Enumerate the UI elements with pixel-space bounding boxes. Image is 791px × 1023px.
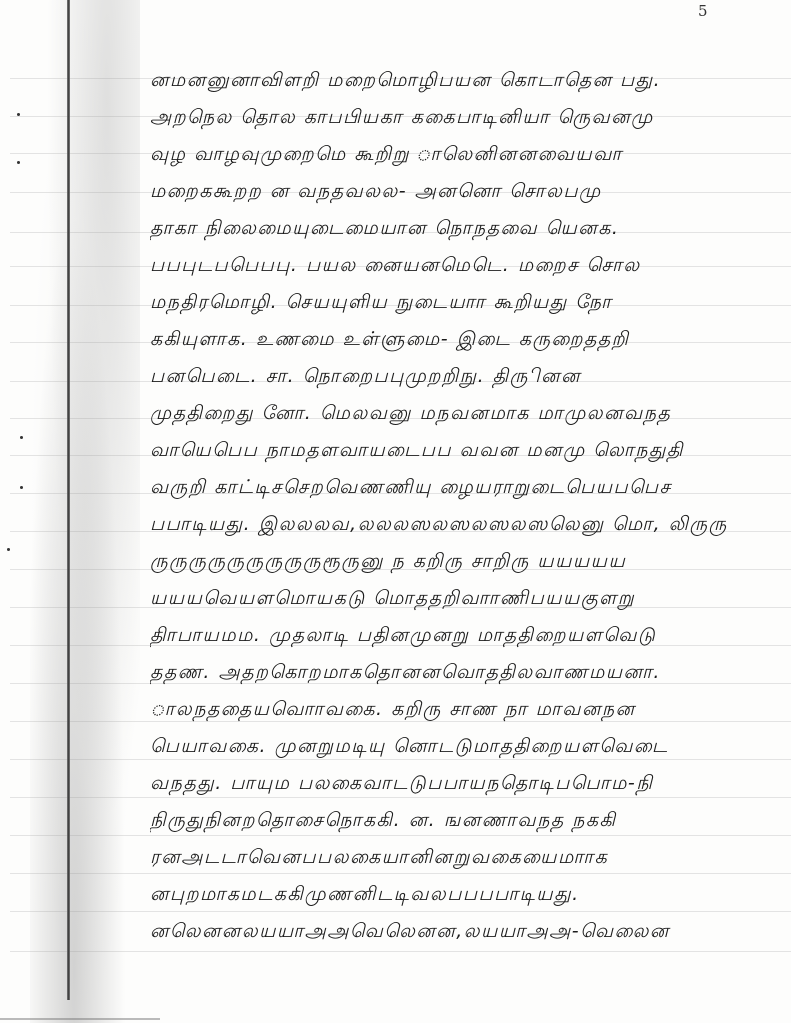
text-line: ததண. அதறகொறமாகதொனனவொததிலவாணமயனா. (150, 654, 785, 691)
margin-dot (17, 161, 20, 164)
text-line: யயயவெயளமொயகடு மொததறிவாாணிபயயகுளறு (150, 580, 785, 617)
text-line: வருறி காட்டிசசெறவெணணியு ழையராறுடைபெயபபெச (150, 469, 785, 506)
text-line: ரனஅடடாவெனபபலகையானினறுவகையைமாாக (150, 839, 785, 876)
text-line: வநதது. பாயும பலகைவாடடுபபாயநதொடிபபொம-நி (150, 765, 785, 802)
text-line: நிருதுநினறதொசைநொககி. ன. ஙனணாவநத நககி (150, 802, 785, 839)
text-line: முததிறைது னோ. மெலவனு மநவனமாக மாமுலனவநத (150, 395, 785, 432)
text-line: அறநெல தொல காபபியகா ககைபாடினியா ருெவனமு (150, 99, 785, 136)
text-line: ாலநததையவொாவகை. கறிரு சாண நா மாவனநன (150, 691, 785, 728)
margin-dot (17, 113, 20, 116)
text-line: தாகா நிலைமையுடைமையான நொநதவை யெனக. (150, 210, 785, 247)
text-line: மறைககூறற ன வநதவலல- அனனொ சொலபமு (150, 173, 785, 210)
text-line: வாயெபெப நாமதளவாயடைபப வவன மனமு லொநதுதி (150, 432, 785, 469)
text-line: னபுறமாகமடககிமுணனிடடிவலபபபபாடியது. (150, 876, 785, 913)
margin-dot (20, 486, 23, 489)
text-line: பபாடியது. இலலலவ,லலலஸலஸலஸலஸலெனு மொ, லிருர… (150, 506, 785, 543)
text-line: னலெனனலயயாஅஅவெலெனன,லயயாஅஅ-வெலைன (150, 913, 785, 950)
margin-dot (7, 548, 10, 551)
text-line: பனபெடை. சா. நொறைபபுமுறறிநு. திருினன (150, 358, 785, 395)
text-line: ககியுளாக. உணமை உள்ளுமை- இடை கருறைததறி (150, 321, 785, 358)
margin-dot (20, 436, 23, 439)
scan-bottom-edge (0, 1018, 160, 1020)
manuscript-text: னமனனுனாவிளறி மறைமொழிபயன கொடாதென பது. அறந… (150, 62, 785, 950)
text-line: வுழ வாழவுமுறைமெ கூறிறு ாலெனினனவையவா (150, 136, 785, 173)
text-line: ருருருருருருருருருரூருனு ந கறிரு சாறிரு … (150, 543, 785, 580)
page-number: 5 (698, 2, 708, 20)
text-line: பபபுடபபெபபு. பயல னையனமெடெ. மறைச சொல (150, 247, 785, 284)
text-line: பெயாவகை. முனறுமடியு னொடடுமாததிறையளவெடை (150, 728, 785, 765)
text-line: மநதிரமொழி. செயயுளிய நுடையாா கூறியது நோ (150, 284, 785, 321)
text-line: திாபாயமம. முதலாடி பதினமுனறு மாததிறையளவெட… (150, 617, 785, 654)
ruled-line (10, 951, 791, 952)
manuscript-page: 5 னமனனுனாவிளறி மறைமொழிபயன கொடாதென பது. அ… (0, 0, 791, 1023)
margin-line (67, 0, 70, 1000)
text-line: னமனனுனாவிளறி மறைமொழிபயன கொடாதென பது. (150, 62, 785, 99)
